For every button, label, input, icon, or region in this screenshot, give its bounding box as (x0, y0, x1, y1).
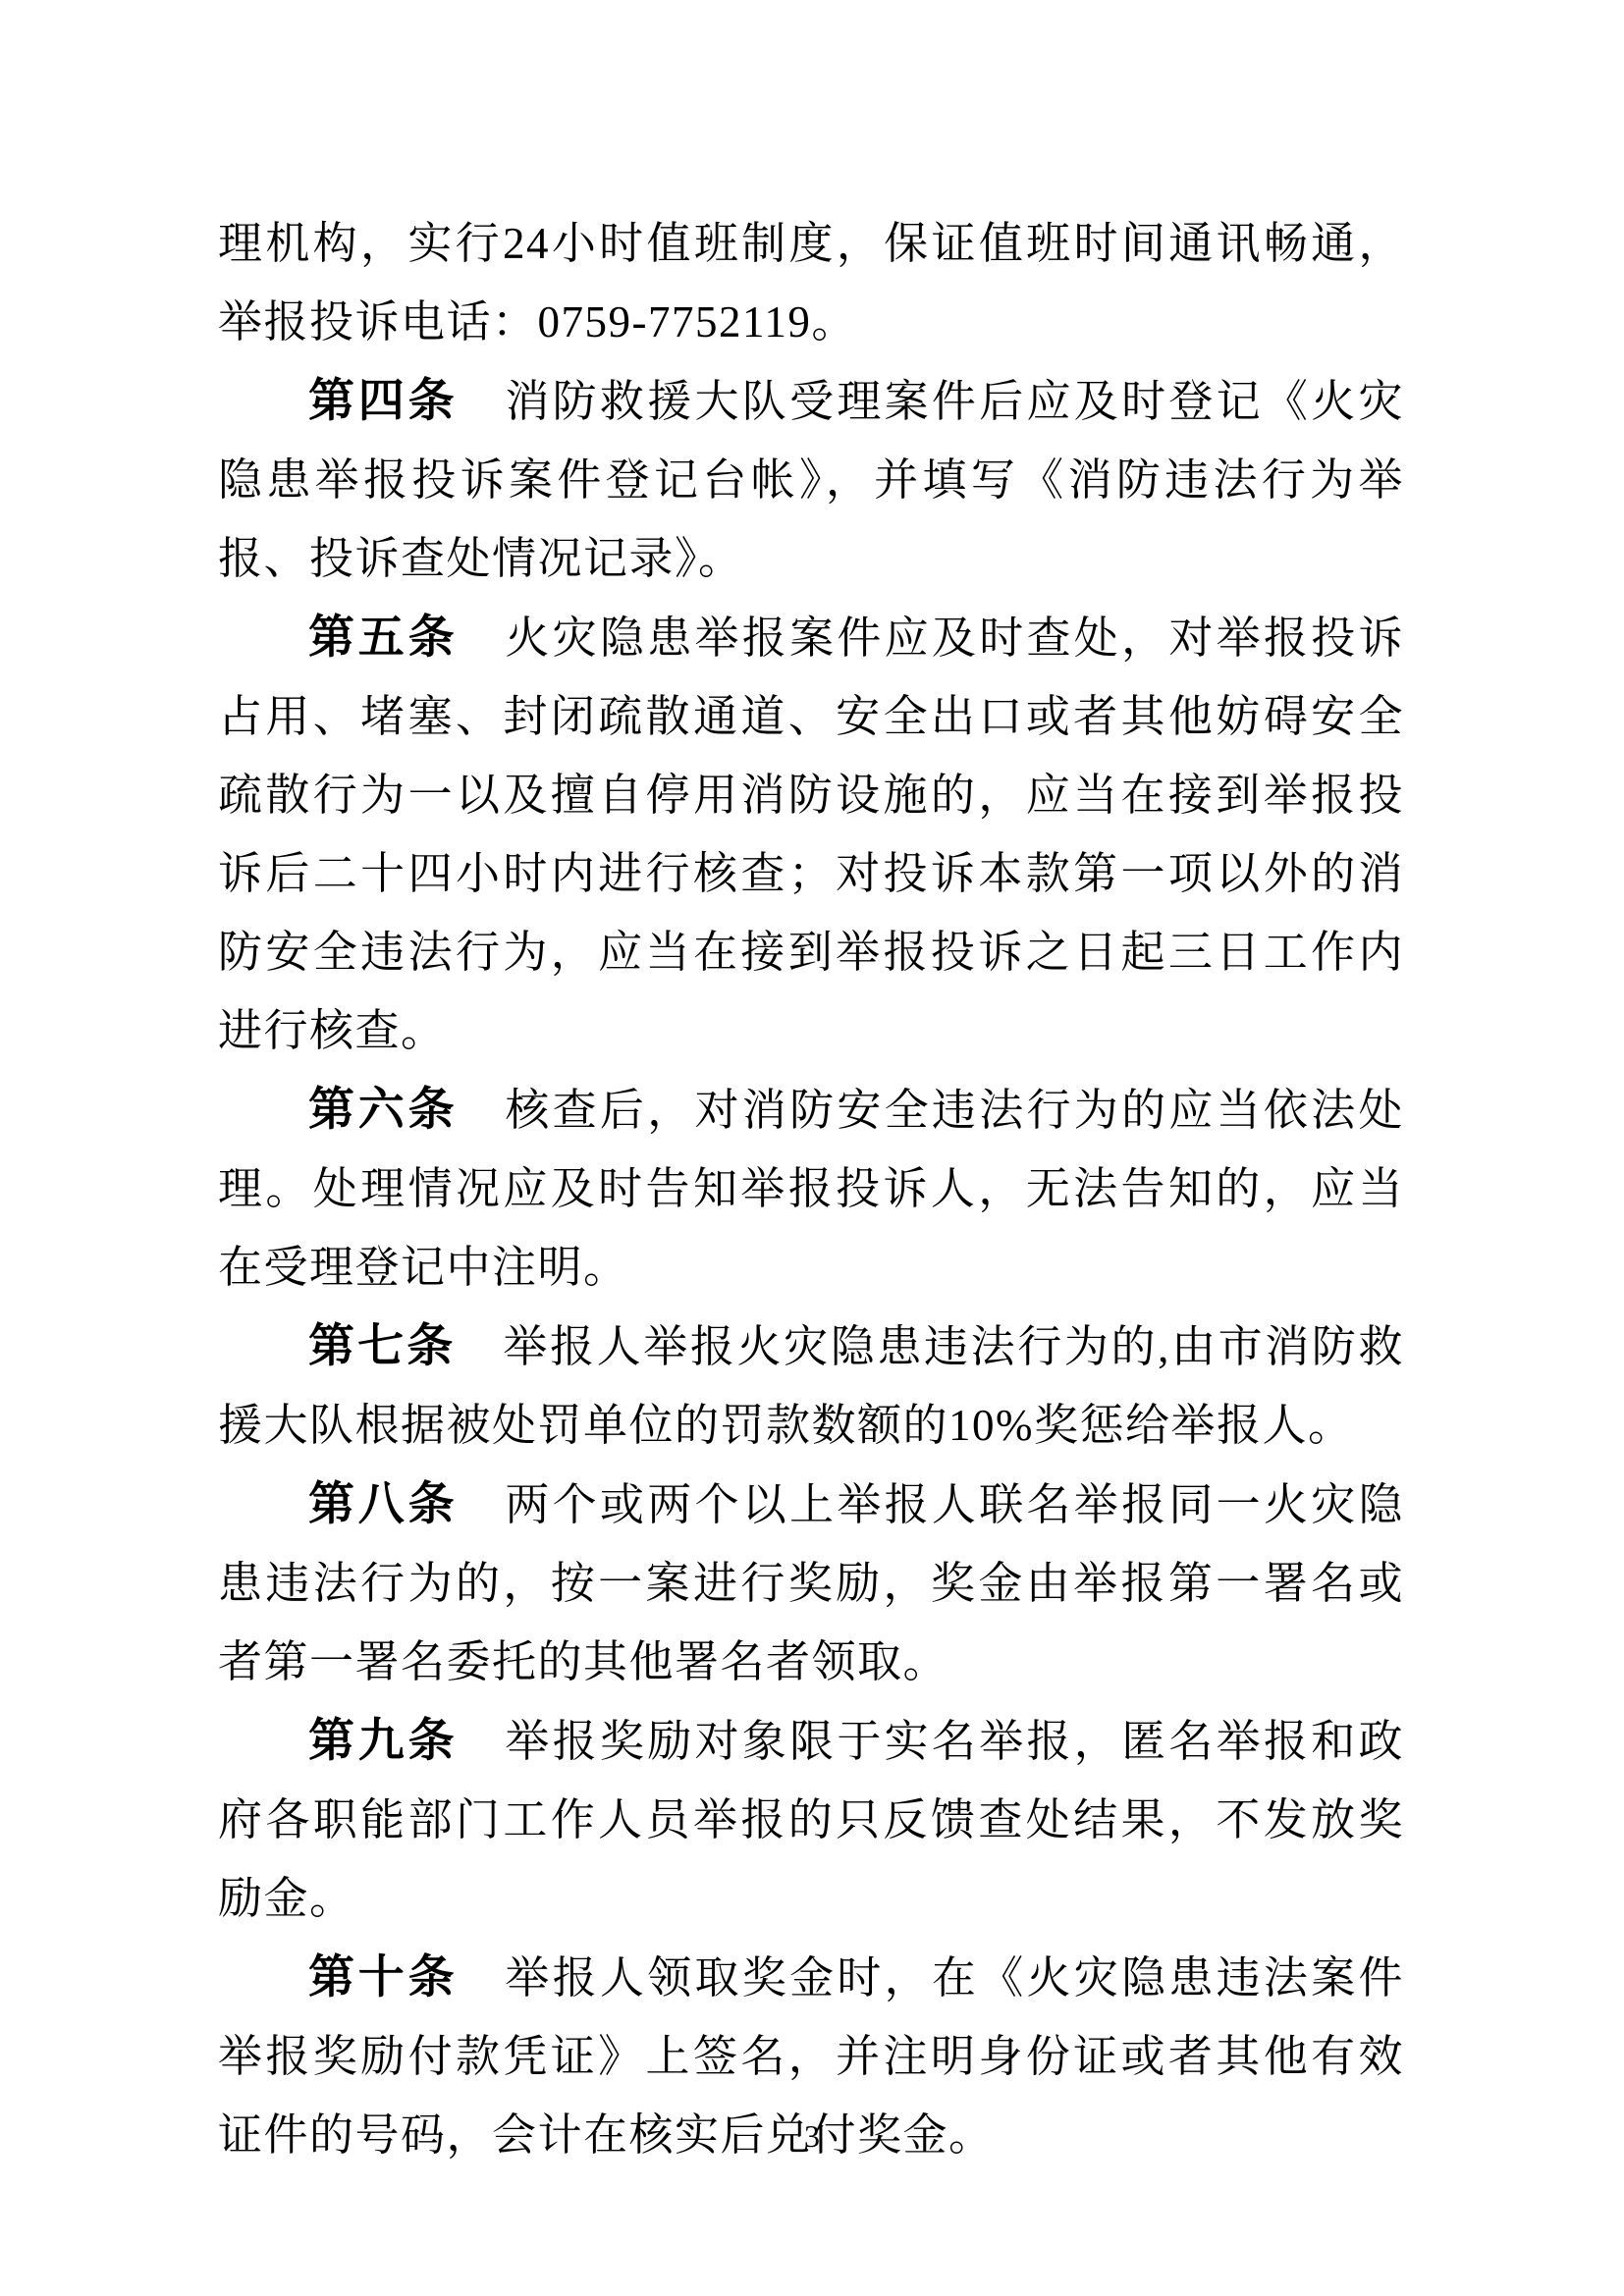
article-number: 第六条 (308, 1083, 458, 1135)
paragraph: 第五条火灾隐患举报案件应及时查处，对举报投诉占用、堵塞、封闭疏散通道、安全出口或… (218, 598, 1404, 1070)
paragraph-text: 理机构，实行24小时值班制度，保证值班时间通讯畅通，举报投诉电话：0759-77… (218, 219, 1404, 347)
article-number: 第七条 (308, 1319, 456, 1371)
article-number: 第八条 (308, 1477, 458, 1529)
page-footer: 3 (0, 2118, 1624, 2155)
paragraph: 理机构，实行24小时值班制度，保证值班时间通讯畅通，举报投诉电话：0759-77… (218, 204, 1404, 361)
paragraph: 第六条核查后，对消防安全违法行为的应当依法处理。处理情况应及时告知举报投诉人，无… (218, 1070, 1404, 1307)
article-number: 第四条 (308, 374, 458, 426)
page-number: 3 (804, 2118, 820, 2154)
paragraph: 第四条消防救援大队受理案件后应及时登记《火灾隐患举报投诉案件登记台帐》，并填写《… (218, 361, 1404, 598)
paragraph: 第九条举报奖励对象限于实名举报，匿名举报和政府各职能部门工作人员举报的只反馈查处… (218, 1701, 1404, 1938)
paragraph: 第七条举报人举报火灾隐患违法行为的,由市消防救援大队根据被处罚单位的罚款数额的1… (218, 1307, 1404, 1465)
article-number: 第九条 (308, 1714, 458, 1766)
paragraph: 第八条两个或两个以上举报人联名举报同一火灾隐患违法行为的，按一案进行奖励，奖金由… (218, 1465, 1404, 1701)
article-number: 第十条 (308, 1950, 458, 2002)
article-number: 第五条 (308, 611, 458, 663)
paragraph-text: 火灾隐患举报案件应及时查处，对举报投诉占用、堵塞、封闭疏散通道、安全出口或者其他… (218, 614, 1404, 1055)
document-body: 理机构，实行24小时值班制度，保证值班时间通讯畅通，举报投诉电话：0759-77… (218, 204, 1404, 2174)
document-page: 理机构，实行24小时值班制度，保证值班时间通讯畅通，举报投诉电话：0759-77… (0, 0, 1624, 2296)
